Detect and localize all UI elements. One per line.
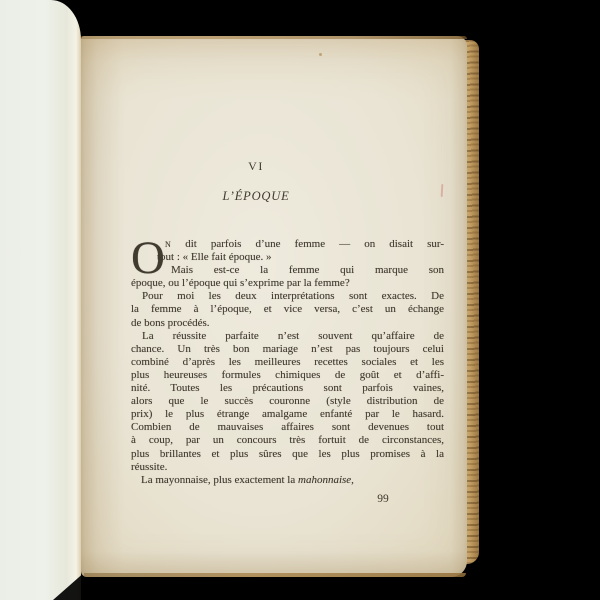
left-page-edge	[0, 0, 81, 600]
chapter-title: L’ÉPOQUE	[81, 189, 431, 204]
body-text-line: la femme à l’époque, et vice versa, c’es…	[131, 303, 444, 316]
body-text: O N dit parfois d’une femme — on disait …	[131, 238, 444, 487]
body-text-line: Combien de mauvaises affaires sont deven…	[131, 421, 444, 434]
body-text-line: plus brillantes et plus sûres que les pl…	[131, 448, 444, 461]
body-text-line: de bons procédés.	[131, 317, 444, 330]
italic-word: mahonnaise,	[298, 474, 354, 486]
body-text-line: époque, ou l’époque qui s’exprime par la…	[131, 277, 444, 290]
body-text-line: prix) le plus étrange amalgame enfanté p…	[131, 408, 444, 421]
small-caps-letter: N	[165, 240, 171, 249]
body-text-line: La mayonnaise, plus exactement la mahonn…	[131, 474, 444, 487]
body-text-line: nité. Toutes les précautions sont parfoi…	[131, 382, 444, 395]
body-text-line: réussite.	[131, 461, 444, 474]
drop-cap-letter: O	[131, 240, 163, 276]
body-text-line: à coup, par un concours très fortuit de …	[131, 434, 444, 447]
chapter-number: VI	[81, 159, 431, 174]
page-number: 99	[363, 493, 403, 505]
body-text-line: alors que le succès couronne (style dist…	[131, 395, 444, 408]
body-text-line: La réussite parfaite n’est souvent qu’af…	[131, 330, 444, 343]
body-text-line: Pour moi les deux interprétations sont e…	[131, 290, 444, 303]
body-text-line: combiné d’après les meilleures recettes …	[131, 356, 444, 369]
body-text-line: N dit parfois d’une femme — on disait su…	[131, 238, 444, 251]
body-text-line: tout : « Elle fait époque. »	[131, 251, 444, 264]
body-text-line: Mais est-ce la femme qui marque son	[131, 264, 444, 277]
paper-speck	[319, 53, 322, 56]
book-page: VI L’ÉPOQUE O N dit parfois d’une femme …	[81, 36, 467, 577]
body-text-line: plus heureuses formules chimiques de goû…	[131, 369, 444, 382]
paper-speck	[441, 184, 444, 197]
book-photo: VI L’ÉPOQUE O N dit parfois d’une femme …	[0, 0, 600, 600]
body-text-line: chance. Un très bon mariage n’est pas to…	[131, 343, 444, 356]
